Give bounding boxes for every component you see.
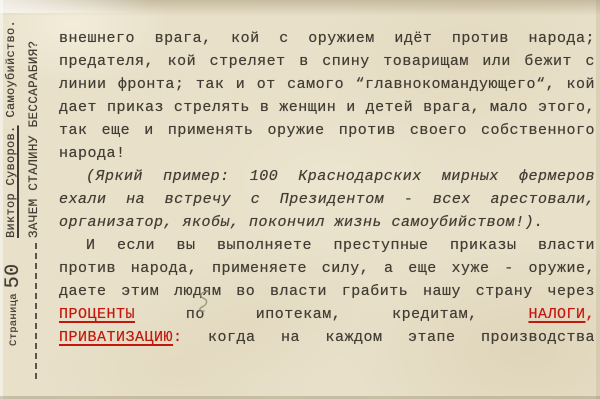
text-segment: : bbox=[173, 329, 183, 346]
text-segment: ехали на встречу с Президентом - всех ар… bbox=[59, 191, 595, 208]
text-line: ПРИВАТИЗАЦИЮ: когда на каждом этапе прои… bbox=[59, 326, 595, 349]
scan-top-left-highlight bbox=[0, 0, 150, 13]
highlighted-word: НАЛОГИ bbox=[528, 306, 585, 323]
scan-top-shadow bbox=[0, 0, 600, 16]
dashed-divider-line bbox=[35, 243, 37, 379]
text-line: ПРОЦЕНТЫ по ипотекам, кредитам, НАЛОГИ, bbox=[59, 303, 595, 326]
page-label: Страница bbox=[8, 293, 20, 346]
text-segment: дает приказ стрелять в женщин и детей вр… bbox=[59, 99, 595, 116]
scanned-page: Виктор Суворов.Самоубийство. ЗАЧЕМ СТАЛИ… bbox=[0, 0, 600, 399]
highlighted-word: ПРОЦЕНТЫ bbox=[59, 306, 135, 323]
text-line: народа! bbox=[59, 142, 595, 165]
text-segment: против народа, применяете силу, а еще ху… bbox=[59, 260, 595, 277]
pencil-mark-icon bbox=[192, 288, 216, 316]
page-number-block: Страница50 bbox=[2, 256, 25, 346]
text-line: внешнего врага, кой с оружием идёт проти… bbox=[59, 27, 595, 50]
text-segment: народа! bbox=[59, 145, 126, 162]
text-line: организатор, якобы, покончил жизнь самоу… bbox=[59, 211, 595, 234]
text-line: дает приказ стрелять в женщин и детей вр… bbox=[59, 96, 595, 119]
text-segment: внешнего врага, кой с оружием идёт проти… bbox=[59, 30, 595, 47]
text-segment: предателя, кой стреляет в спину товарища… bbox=[59, 53, 595, 70]
text-line: даете этим людям во власти грабить нашу … bbox=[59, 280, 595, 303]
text-line: предателя, кой стреляет в спину товарища… bbox=[59, 50, 595, 73]
text-segment: так еще и применять оружие против своего… bbox=[59, 122, 595, 139]
text-segment: организатор, якобы, покончил жизнь самоу… bbox=[59, 214, 544, 231]
scan-right-edge-shadow bbox=[596, 0, 600, 399]
text-segment: И если вы выполняете преступные приказы … bbox=[86, 237, 595, 254]
chapter-title: ЗАЧЕМ СТАЛИНУ БЕССАРАБИЯ? bbox=[27, 24, 41, 238]
text-line: ехали на встречу с Президентом - всех ар… bbox=[59, 188, 595, 211]
text-line: так еще и применять оружие против своего… bbox=[59, 119, 595, 142]
text-segment: линии фронта; так и от самого “главноком… bbox=[59, 76, 595, 93]
book-title: Виктор Суворов.Самоубийство. bbox=[4, 26, 18, 238]
highlighted-word: ПРИВАТИЗАЦИЮ bbox=[59, 329, 173, 346]
text-segment: , bbox=[585, 306, 595, 323]
text-line: линии фронта; так и от самого “главноком… bbox=[59, 73, 595, 96]
book-name: Самоубийство. bbox=[4, 20, 18, 118]
text-line: И если вы выполняете преступные приказы … bbox=[59, 234, 595, 257]
page-number: 50 bbox=[2, 264, 25, 289]
text-line: (Яркий пример: 100 Краснодарских мирных … bbox=[59, 165, 595, 188]
text-line: против народа, применяете силу, а еще ху… bbox=[59, 257, 595, 280]
text-segment: когда на каждом этапе производства bbox=[183, 329, 595, 346]
text-segment: (Яркий пример: 100 Краснодарских мирных … bbox=[86, 168, 595, 185]
text-segment: даете этим людям во власти грабить нашу … bbox=[59, 283, 595, 300]
typewritten-text: внешнего врага, кой с оружием идёт проти… bbox=[59, 27, 595, 349]
book-author: Виктор Суворов. bbox=[4, 125, 18, 238]
